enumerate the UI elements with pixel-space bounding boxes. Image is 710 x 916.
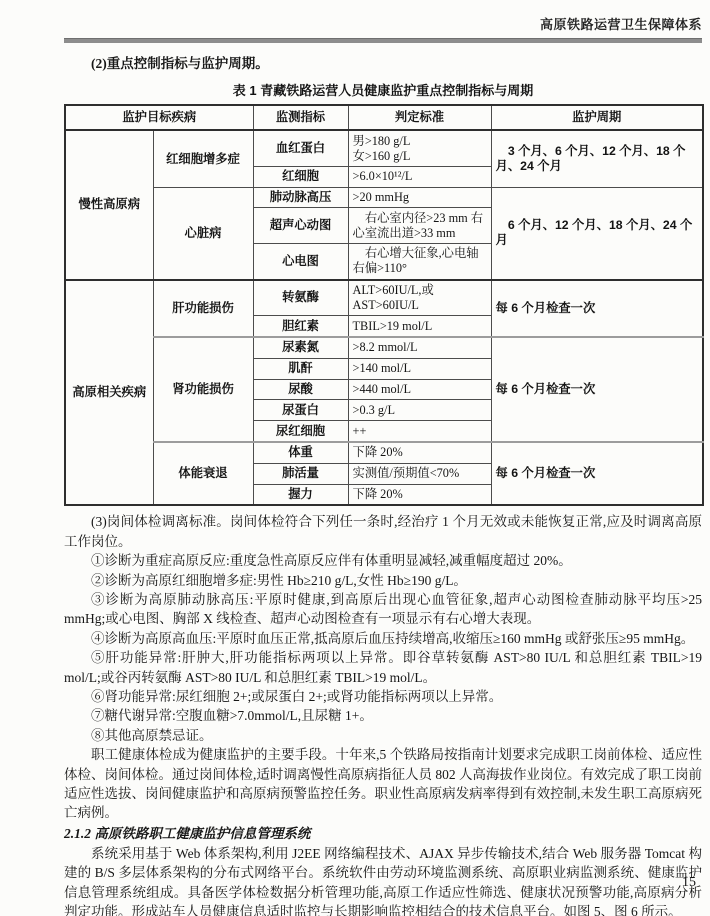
cell-indicator: 尿蛋白 bbox=[253, 400, 348, 421]
list-item-2: ②诊断为高原红细胞增多症:男性 Hb≥210 g/L,女性 Hb≥190 g/L… bbox=[64, 571, 702, 590]
list-item-3: ③诊断为高原肺动脉高压:平原时健康,到高原后出现心血管征象,超声心动图检查肺动脉… bbox=[64, 590, 702, 629]
running-header-title: 高原铁路运营卫生保障体系 bbox=[64, 14, 702, 33]
cell-subdisease-polycythemia: 红细胞增多症 bbox=[153, 130, 253, 187]
section-heading: 2.1.2 高原铁路职工健康监护信息管理系统 bbox=[64, 824, 702, 844]
cell-criteria: >0.3 g/L bbox=[348, 400, 491, 421]
cell-criteria: 下降 20% bbox=[348, 484, 491, 505]
cell-indicator: 红细胞 bbox=[253, 166, 348, 187]
cell-criteria: >8.2 mmol/L bbox=[348, 337, 491, 358]
cell-indicator: 血红蛋白 bbox=[253, 130, 348, 166]
list-item-4: ④诊断为高原高血压:平原时血压正常,抵高原后血压持续增高,收缩压≥160 mmH… bbox=[64, 629, 702, 648]
col-header-period: 监护周期 bbox=[491, 105, 703, 130]
cell-indicator: 转氨酶 bbox=[253, 280, 348, 316]
list-item-8: ⑧其他高原禁忌证。 bbox=[64, 726, 702, 745]
cell-criteria: TBIL>19 mol/L bbox=[348, 316, 491, 337]
cell-period-5: 每 6 个月检查一次 bbox=[491, 442, 703, 505]
page-number: 15 bbox=[682, 875, 696, 891]
table-row: 高原相关疾病 肝功能损伤 转氨酶 ALT>60IU/L,或 AST>60IU/L… bbox=[65, 280, 703, 316]
cell-indicator: 肌酐 bbox=[253, 358, 348, 379]
cell-period-2: 6 个月、12 个月、18 个月、24 个月 bbox=[491, 187, 703, 279]
table-header-row: 监护目标疾病 监测指标 判定标准 监护周期 bbox=[65, 105, 703, 130]
paragraph-summary: 职工健康体检成为健康监护的主要手段。十年来,5 个铁路局按指南计划要求完成职工岗… bbox=[64, 745, 702, 823]
table-row: 慢性高原病 红细胞增多症 血红蛋白 男>180 g/L 女>160 g/L 3 … bbox=[65, 130, 703, 166]
cell-criteria: 下降 20% bbox=[348, 442, 491, 463]
cell-subdisease-liver: 肝功能损伤 bbox=[153, 280, 253, 337]
paragraph-transfer-standard: (3)岗间体检调离标准。岗间体检符合下列任一条时,经治疗 1 个月无效或未能恢复… bbox=[64, 512, 702, 551]
cell-criteria: 右心室内径>23 mm 右心室流出道>33 mm bbox=[348, 208, 491, 244]
header-rule bbox=[64, 38, 702, 43]
cell-period-1: 3 个月、6 个月、12 个月、18 个月、24 个月 bbox=[491, 130, 703, 187]
table-row: 心脏病 肺动脉高压 >20 mmHg 6 个月、12 个月、18 个月、24 个… bbox=[65, 187, 703, 208]
control-indicators-table: 监护目标疾病 监测指标 判定标准 监护周期 慢性高原病 红细胞增多症 血红蛋白 … bbox=[64, 104, 704, 506]
cell-criteria: >6.0×10¹²/L bbox=[348, 166, 491, 187]
cell-subdisease-kidney: 肾功能损伤 bbox=[153, 337, 253, 442]
cell-period-4: 每 6 个月检查一次 bbox=[491, 337, 703, 442]
page-content: 高原铁路运营卫生保障体系 (2)重点控制指标与监护周期。 表 1 青藏铁路运营人… bbox=[64, 14, 702, 916]
cell-category-related: 高原相关疾病 bbox=[65, 280, 153, 506]
cell-indicator: 尿酸 bbox=[253, 379, 348, 400]
cell-criteria: >140 mol/L bbox=[348, 358, 491, 379]
body-text: (3)岗间体检调离标准。岗间体检符合下列任一条时,经治疗 1 个月无效或未能恢复… bbox=[64, 512, 702, 916]
col-header-criteria: 判定标准 bbox=[348, 105, 491, 130]
cell-indicator: 心电图 bbox=[253, 243, 348, 279]
cell-criteria: >20 mmHg bbox=[348, 187, 491, 208]
cell-criteria: ++ bbox=[348, 421, 491, 442]
cell-indicator: 肺动脉高压 bbox=[253, 187, 348, 208]
table-caption: 表 1 青藏铁路运营人员健康监护重点控制指标与周期 bbox=[64, 80, 702, 99]
col-header-disease: 监护目标疾病 bbox=[65, 105, 253, 130]
cell-criteria: 男>180 g/L 女>160 g/L bbox=[348, 130, 491, 166]
cell-criteria: ALT>60IU/L,或 AST>60IU/L bbox=[348, 280, 491, 316]
list-item-6: ⑥肾功能异常:尿红细胞 2+;或尿蛋白 2+;或肾功能指标两项以上异常。 bbox=[64, 687, 702, 706]
cell-indicator: 尿红细胞 bbox=[253, 421, 348, 442]
list-item-7: ⑦糖代谢异常:空腹血糖>7.0mmol/L,且尿糖 1+。 bbox=[64, 706, 702, 725]
cell-indicator: 肺活量 bbox=[253, 463, 348, 484]
table-row: 体能衰退 体重 下降 20% 每 6 个月检查一次 bbox=[65, 442, 703, 463]
cell-indicator: 胆红素 bbox=[253, 316, 348, 337]
list-item-1: ①诊断为重症高原反应:重度急性高原反应伴有体重明显减轻,减重幅度超过 20%。 bbox=[64, 551, 702, 570]
list-item-5: ⑤肝功能异常:肝肿大,肝功能指标两项以上异常。即谷草转氨酶 AST>80 IU/… bbox=[64, 648, 702, 687]
cell-indicator: 体重 bbox=[253, 442, 348, 463]
intro-paragraph: (2)重点控制指标与监护周期。 bbox=[64, 54, 702, 73]
paragraph-system: 系统采用基于 Web 体系架构,利用 J2EE 网络编程技术、AJAX 异步传输… bbox=[64, 844, 702, 916]
col-header-indicator: 监测指标 bbox=[253, 105, 348, 130]
cell-criteria: 右心增大征象,心电轴右偏>110° bbox=[348, 243, 491, 279]
cell-criteria: >440 mol/L bbox=[348, 379, 491, 400]
page-header: 高原铁路运营卫生保障体系 bbox=[64, 14, 702, 43]
cell-indicator: 尿素氮 bbox=[253, 337, 348, 358]
cell-subdisease-fitness: 体能衰退 bbox=[153, 442, 253, 505]
cell-indicator: 握力 bbox=[253, 484, 348, 505]
cell-indicator: 超声心动图 bbox=[253, 208, 348, 244]
cell-category-chronic: 慢性高原病 bbox=[65, 130, 153, 279]
cell-criteria: 实测值/预期值<70% bbox=[348, 463, 491, 484]
table-row: 肾功能损伤 尿素氮 >8.2 mmol/L 每 6 个月检查一次 bbox=[65, 337, 703, 358]
cell-subdisease-heart: 心脏病 bbox=[153, 187, 253, 279]
document-page: 高原铁路运营卫生保障体系 (2)重点控制指标与监护周期。 表 1 青藏铁路运营人… bbox=[0, 0, 710, 916]
cell-period-3: 每 6 个月检查一次 bbox=[491, 280, 703, 337]
